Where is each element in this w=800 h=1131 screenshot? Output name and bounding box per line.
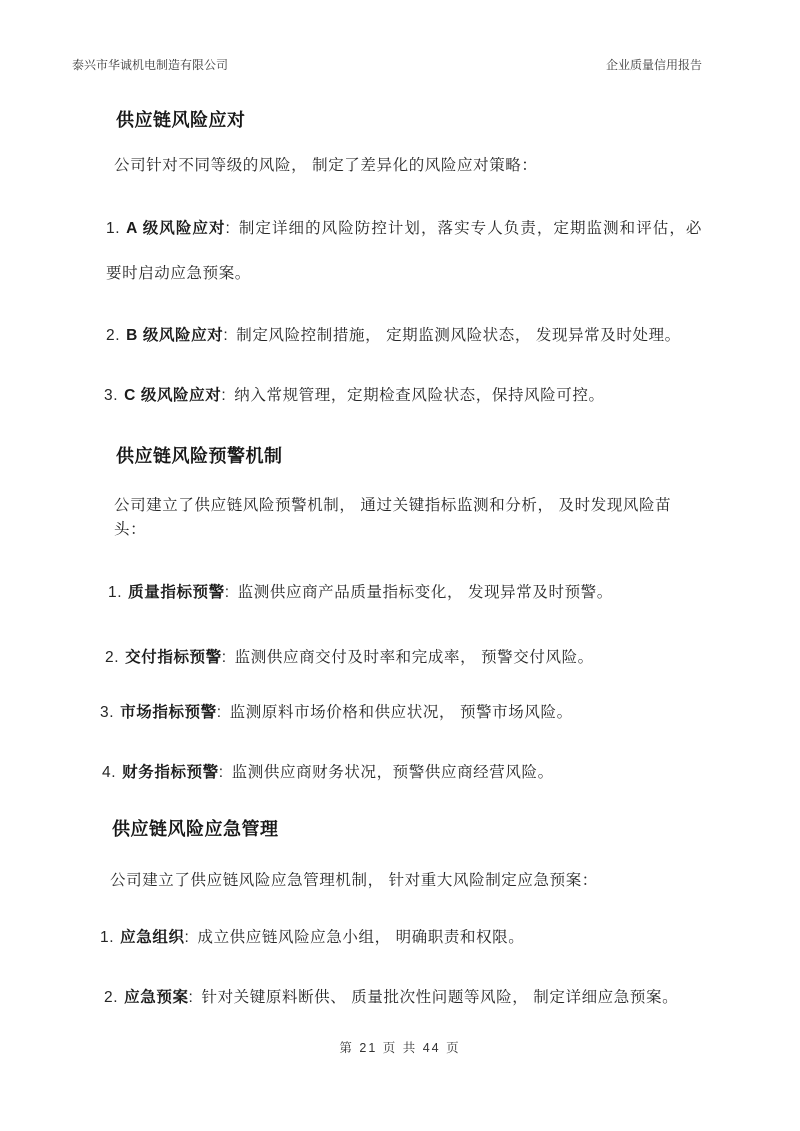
item-colon: : [225, 584, 230, 601]
list-item: 2.交付指标预警:监测供应商交付及时率和完成率， 预警交付风险。 [72, 635, 702, 680]
list-item: 2.应急预案:针对关键原料断供、 质量批次性问题等风险， 制定详细应急预案。 [72, 975, 702, 1020]
page-number: 第 21 页 共 44 页 [339, 1041, 460, 1055]
item-number: 1. [108, 584, 122, 601]
section-title-early-warning: 供应链风险预警机制 [72, 442, 702, 470]
item-text: 成立供应链风险应急小组， 明确职责和权限。 [197, 929, 524, 946]
section-title-emergency-management: 供应链风险应急管理 [72, 815, 702, 843]
item-number: 4. [102, 764, 116, 781]
item-colon: : [219, 764, 224, 781]
item-number: 3. [100, 704, 114, 721]
item-label: 财务指标预警 [122, 764, 219, 781]
item-label: 质量指标预警 [128, 584, 225, 601]
document-page: 泰兴市华诚机电制造有限公司 企业质量信用报告 供应链风险应对 公司针对不同等级的… [0, 0, 800, 1131]
item-label: 市场指标预警 [120, 704, 217, 721]
page-content: 泰兴市华诚机电制造有限公司 企业质量信用报告 供应链风险应对 公司针对不同等级的… [72, 0, 702, 1020]
item-colon: : [221, 387, 226, 404]
item-colon: : [185, 929, 190, 946]
item-number: 2. [106, 327, 120, 344]
item-text: 监测供应商财务状况，预警供应商经营风险。 [232, 764, 554, 781]
section-title-risk-response: 供应链风险应对 [72, 106, 702, 134]
header-report-title: 企业质量信用报告 [606, 56, 702, 74]
item-text: 监测供应商交付及时率和完成率， 预警交付风险。 [235, 649, 594, 666]
item-colon: : [223, 327, 228, 344]
list-item: 2.B 级风险应对:制定风险控制措施， 定期监测风险状态， 发现异常及时处理。 [72, 313, 702, 358]
page-header: 泰兴市华诚机电制造有限公司 企业质量信用报告 [72, 0, 702, 74]
list-item: 1.应急组织:成立供应链风险应急小组， 明确职责和权限。 [72, 915, 702, 960]
list-item: 4.财务指标预警:监测供应商财务状况，预警供应商经营风险。 [72, 750, 702, 795]
page-footer: 第 21 页 共 44 页 [0, 1038, 800, 1056]
list-item: 1.A 级风险应对:制定详细的风险防控计划，落实专人负责，定期监测和评估，必要时… [72, 206, 702, 296]
item-number: 3. [104, 387, 118, 404]
item-colon: : [226, 220, 231, 237]
item-colon: : [222, 649, 227, 666]
item-number: 2. [105, 649, 119, 666]
header-company-name: 泰兴市华诚机电制造有限公司 [72, 56, 228, 74]
item-number: 1. [106, 220, 120, 237]
section-intro: 公司建立了供应链风险应急管理机制， 针对重大风险制定应急预案： [72, 869, 702, 893]
list-item: 3.市场指标预警:监测原料市场价格和供应状况， 预警市场风险。 [72, 690, 702, 735]
item-label: 交付指标预警 [125, 649, 222, 666]
item-text: 纳入常规管理，定期检查风险状态，保持风险可控。 [234, 387, 604, 404]
item-colon: : [189, 989, 194, 1006]
list-item: 3.C 级风险应对:纳入常规管理，定期检查风险状态，保持风险可控。 [72, 373, 702, 418]
item-label: B 级风险应对 [126, 327, 223, 344]
item-label: 应急组织 [120, 929, 184, 946]
item-text: 针对关键原料断供、 质量批次性问题等风险， 制定详细应急预案。 [201, 989, 678, 1006]
item-text: 监测供应商产品质量指标变化， 发现异常及时预警。 [238, 584, 613, 601]
item-number: 2. [104, 989, 118, 1006]
item-text: 监测原料市场价格和供应状况， 预警市场风险。 [230, 704, 573, 721]
item-text: 制定风险控制措施， 定期监测风险状态， 发现异常及时处理。 [236, 327, 681, 344]
section-intro: 公司针对不同等级的风险， 制定了差异化的风险应对策略： [72, 154, 702, 178]
list-item: 1.质量指标预警:监测供应商产品质量指标变化， 发现异常及时预警。 [72, 570, 702, 615]
item-label: C 级风险应对 [124, 387, 221, 404]
section-intro: 公司建立了供应链风险预警机制， 通过关键指标监测和分析， 及时发现风险苗头： [72, 494, 702, 542]
item-label: 应急预案 [124, 989, 188, 1006]
item-number: 1. [100, 929, 114, 946]
item-label: A 级风险应对 [126, 220, 225, 237]
item-colon: : [217, 704, 222, 721]
